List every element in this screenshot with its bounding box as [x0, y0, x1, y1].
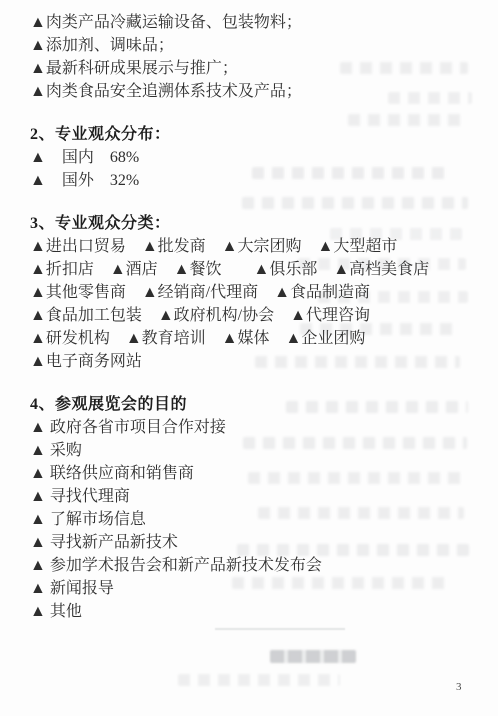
bullet-item: ▲ 其他 — [30, 600, 480, 623]
bullet-item: ▲进出口贸易 ▲批发商 ▲大宗团购 ▲大型超市 — [30, 235, 480, 258]
document-content: ▲肉类产品冷藏运输设备、包装物料； ▲添加剂、调味品； ▲最新科研成果展示与推广… — [30, 11, 480, 623]
bullet-item: ▲添加剂、调味品； — [30, 34, 480, 57]
bullet-item: ▲ 了解市场信息 — [30, 508, 480, 531]
bullet-item: ▲肉类食品安全追溯体系技术及产品； — [30, 80, 480, 103]
bullet-item: ▲ 新闻报导 — [30, 577, 480, 600]
section-audience-categories: 3、专业观众分类： ▲进出口贸易 ▲批发商 ▲大宗团购 ▲大型超市 ▲折扣店 ▲… — [30, 212, 480, 373]
bleedthrough-mark — [215, 628, 345, 630]
bullet-item: ▲电子商务网站 — [30, 350, 480, 373]
bleedthrough-mark — [178, 674, 340, 686]
bullet-item: ▲食品加工包装 ▲政府机构/协会 ▲代理咨询 — [30, 304, 480, 327]
section-title: 4、参观展览会的目的 — [30, 393, 480, 416]
bullet-item: ▲ 参加学术报告会和新产品新技术发布会 — [30, 554, 480, 577]
intro-bullet-list: ▲肉类产品冷藏运输设备、包装物料； ▲添加剂、调味品； ▲最新科研成果展示与推广… — [30, 11, 480, 103]
bleedthrough-mark — [270, 650, 356, 663]
visit-purposes-list: ▲ 政府各省市项目合作对接 ▲ 采购 ▲ 联络供应商和销售商 ▲ 寻找代理商 ▲… — [30, 416, 480, 623]
bullet-item: ▲ 寻找代理商 — [30, 485, 480, 508]
section-visit-purposes: 4、参观展览会的目的 ▲ 政府各省市项目合作对接 ▲ 采购 ▲ 联络供应商和销售… — [30, 393, 480, 623]
bullet-item: ▲ 联络供应商和销售商 — [30, 462, 480, 485]
bullet-item: ▲ 政府各省市项目合作对接 — [30, 416, 480, 439]
page-number: 3 — [456, 680, 462, 694]
section-title: 3、专业观众分类： — [30, 212, 480, 235]
section-title: 2、专业观众分布： — [30, 123, 480, 146]
bullet-item: ▲折扣店 ▲酒店 ▲餐饮 ▲俱乐部 ▲高档美食店 — [30, 258, 480, 281]
audience-categories-list: ▲进出口贸易 ▲批发商 ▲大宗团购 ▲大型超市 ▲折扣店 ▲酒店 ▲餐饮 ▲俱乐… — [30, 235, 480, 373]
bullet-item: ▲ 国内 68% — [30, 146, 480, 169]
bullet-item: ▲ 采购 — [30, 439, 480, 462]
section-audience-distribution: 2、专业观众分布： ▲ 国内 68% ▲ 国外 32% — [30, 123, 480, 192]
document-page: ▲肉类产品冷藏运输设备、包装物料； ▲添加剂、调味品； ▲最新科研成果展示与推广… — [0, 0, 498, 716]
bullet-item: ▲肉类产品冷藏运输设备、包装物料； — [30, 11, 480, 34]
bullet-item: ▲ 国外 32% — [30, 169, 480, 192]
bullet-item: ▲ 寻找新产品新技术 — [30, 531, 480, 554]
bullet-item: ▲其他零售商 ▲经销商/代理商 ▲食品制造商 — [30, 281, 480, 304]
bullet-item: ▲研发机构 ▲教育培训 ▲媒体 ▲企业团购 — [30, 327, 480, 350]
bullet-item: ▲最新科研成果展示与推广； — [30, 57, 480, 80]
audience-distribution-list: ▲ 国内 68% ▲ 国外 32% — [30, 146, 480, 192]
